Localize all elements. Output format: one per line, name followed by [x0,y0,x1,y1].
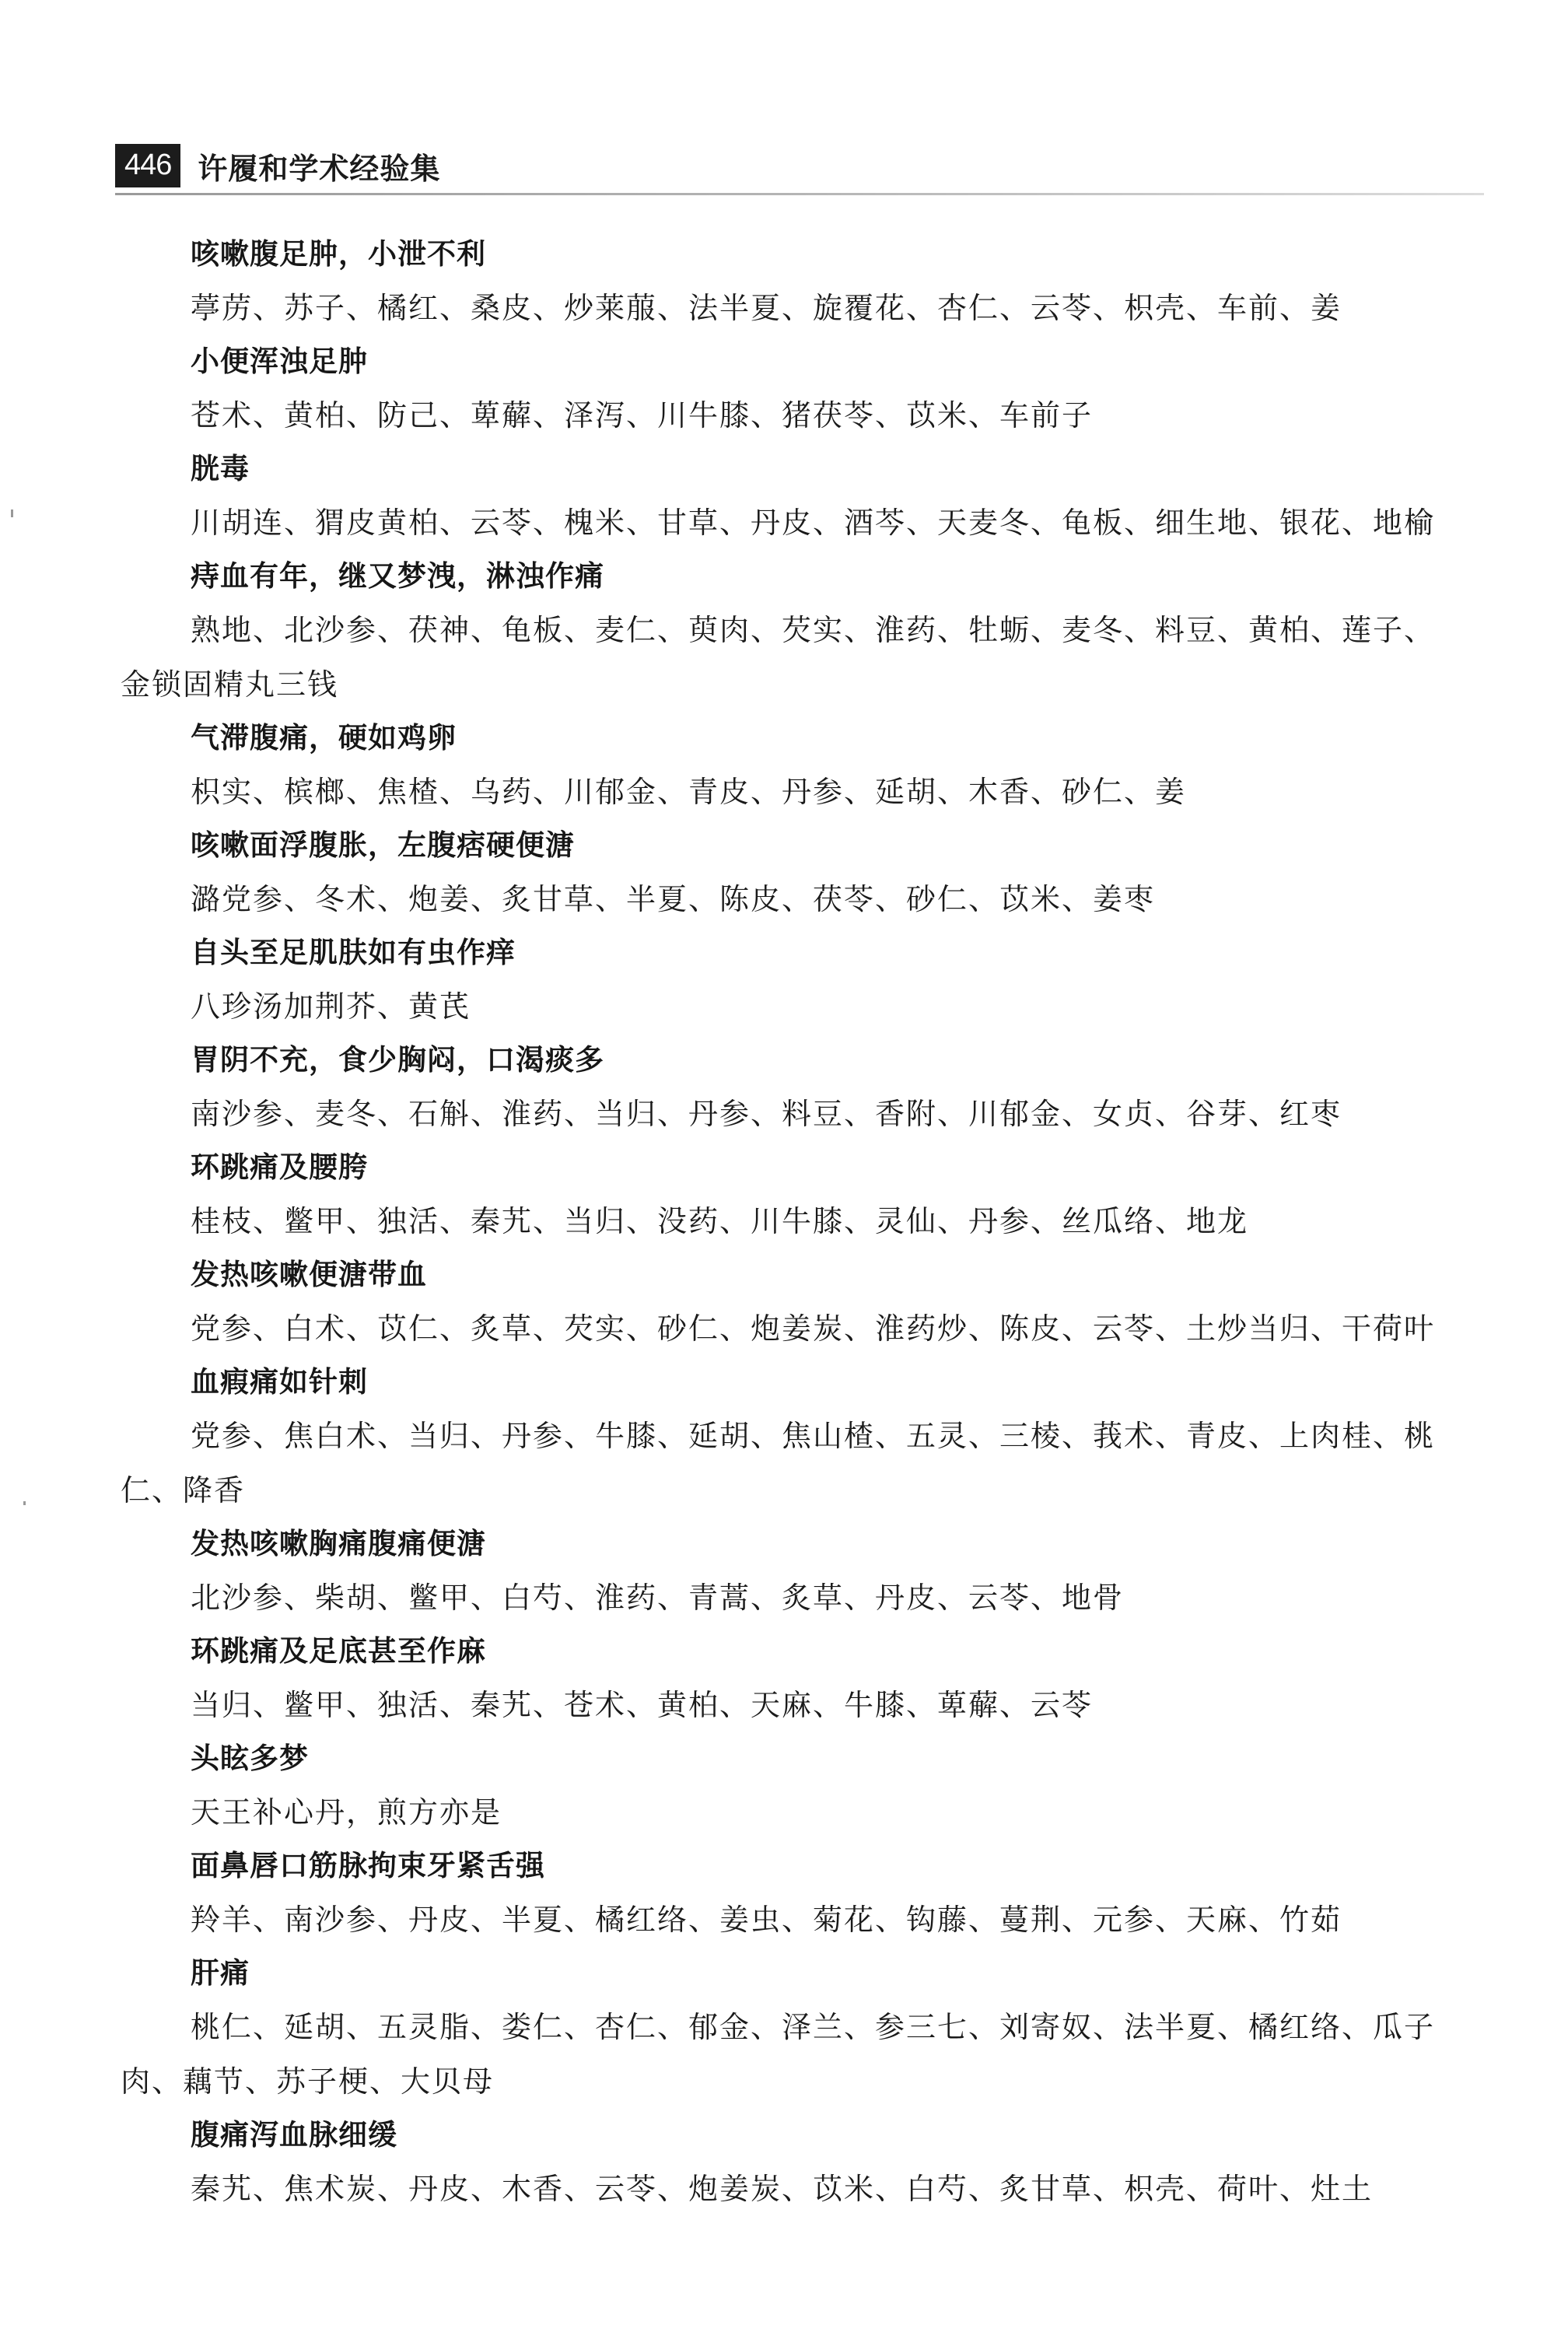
scan-speck [11,509,13,517]
prescription-entry: 胱毒 川胡连、猬皮黄柏、云苓、槐米、甘草、丹皮、酒芩、天麦冬、龟板、细生地、银花… [121,443,1458,550]
page-body: 咳嗽腹足肿，小泄不利 葶苈、苏子、橘红、桑皮、炒莱菔、法半夏、旋覆花、杏仁、云苓… [121,228,1458,2216]
prescription-entry: 小便浑浊足肿 苍术、黄柏、防己、萆薢、泽泻、川牛膝、猪茯苓、苡米、车前子 [121,335,1458,443]
symptom-heading: 头眩多梦 [121,1732,1458,1785]
formula-text: 桂枝、鳖甲、独活、秦艽、当归、没药、川牛膝、灵仙、丹参、丝瓜络、地龙 [121,1194,1458,1248]
prescription-entry: 咳嗽面浮腹胀，左腹痞硬便溏 潞党参、冬术、炮姜、炙甘草、半夏、陈皮、茯苓、砂仁、… [121,819,1458,926]
prescription-entry: 面鼻唇口筋脉拘束牙紧舌强 羚羊、南沙参、丹皮、半夏、橘红络、姜虫、菊花、钩藤、蔓… [121,1840,1458,1947]
formula-text: 潞党参、冬术、炮姜、炙甘草、半夏、陈皮、茯苓、砂仁、苡米、姜枣 [121,872,1458,926]
prescription-entry: 痔血有年，继又梦洩，淋浊作痛 熟地、北沙参、茯神、龟板、麦仁、萸肉、芡实、淮药、… [121,550,1458,712]
prescription-entry: 胃阴不充，食少胸闷，口渴痰多 南沙参、麦冬、石斛、淮药、当归、丹参、料豆、香附、… [121,1034,1458,1141]
prescription-entry: 环跳痛及腰胯 桂枝、鳖甲、独活、秦艽、当归、没药、川牛膝、灵仙、丹参、丝瓜络、地… [121,1141,1458,1248]
symptom-heading: 面鼻唇口筋脉拘束牙紧舌强 [121,1840,1458,1893]
formula-text: 八珍汤加荆芥、黄芪 [121,979,1458,1034]
formula-text: 北沙参、柴胡、鳖甲、白芍、淮药、青蒿、炙草、丹皮、云苓、地骨 [121,1570,1458,1625]
formula-text: 党参、焦白术、当归、丹参、牛膝、延胡、焦山楂、五灵、三棱、莪术、青皮、上肉桂、桃… [121,1409,1458,1518]
symptom-heading: 环跳痛及腰胯 [121,1141,1458,1194]
header-divider [115,193,1484,195]
formula-text: 南沙参、麦冬、石斛、淮药、当归、丹参、料豆、香附、川郁金、女贞、谷芽、红枣 [121,1087,1458,1141]
symptom-heading: 发热咳嗽胸痛腹痛便溏 [121,1518,1458,1570]
symptom-heading: 咳嗽腹足肿，小泄不利 [121,228,1458,281]
symptom-heading: 小便浑浊足肿 [121,335,1458,388]
symptom-heading: 腹痛泻血脉细缓 [121,2109,1458,2162]
symptom-heading: 胱毒 [121,443,1458,495]
symptom-heading: 血瘕痛如针刺 [121,1356,1458,1409]
formula-text: 苍术、黄柏、防己、萆薢、泽泻、川牛膝、猪茯苓、苡米、车前子 [121,388,1458,443]
prescription-entry: 头眩多梦 天王补心丹，煎方亦是 [121,1732,1458,1840]
formula-text: 川胡连、猬皮黄柏、云苓、槐米、甘草、丹皮、酒芩、天麦冬、龟板、细生地、银花、地榆 [121,495,1458,550]
prescription-entry: 腹痛泻血脉细缓 秦艽、焦术炭、丹皮、木香、云苓、炮姜炭、苡米、白芍、炙甘草、枳壳… [121,2109,1458,2216]
formula-text: 羚羊、南沙参、丹皮、半夏、橘红络、姜虫、菊花、钩藤、蔓荆、元参、天麻、竹茹 [121,1893,1458,1947]
page-number: 446 [115,144,180,187]
formula-text: 天王补心丹，煎方亦是 [121,1785,1458,1840]
prescription-entry: 自头至足肌肤如有虫作痒 八珍汤加荆芥、黄芪 [121,926,1458,1034]
symptom-heading: 胃阴不充，食少胸闷，口渴痰多 [121,1034,1458,1087]
symptom-heading: 咳嗽面浮腹胀，左腹痞硬便溏 [121,819,1458,872]
symptom-heading: 自头至足肌肤如有虫作痒 [121,926,1458,979]
formula-text: 熟地、北沙参、茯神、龟板、麦仁、萸肉、芡实、淮药、牡蛎、麦冬、料豆、黄柏、莲子、… [121,603,1458,712]
prescription-entry: 肝痛 桃仁、延胡、五灵脂、娄仁、杏仁、郁金、泽兰、参三七、刘寄奴、法半夏、橘红络… [121,1947,1458,2109]
symptom-heading: 发热咳嗽便溏带血 [121,1248,1458,1301]
formula-text: 当归、鳖甲、独活、秦艽、苍术、黄柏、天麻、牛膝、萆薢、云苓 [121,1678,1458,1732]
symptom-heading: 痔血有年，继又梦洩，淋浊作痛 [121,550,1458,603]
formula-text: 枳实、槟榔、焦楂、乌药、川郁金、青皮、丹参、延胡、木香、砂仁、姜 [121,765,1458,819]
book-title: 许履和学术经验集 [198,145,440,187]
formula-text: 党参、白术、苡仁、炙草、芡实、砂仁、炮姜炭、淮药炒、陈皮、云苓、土炒当归、干荷叶 [121,1301,1458,1356]
prescription-entry: 血瘕痛如针刺 党参、焦白术、当归、丹参、牛膝、延胡、焦山楂、五灵、三棱、莪术、青… [121,1356,1458,1518]
scan-speck [23,1501,26,1505]
formula-text: 葶苈、苏子、橘红、桑皮、炒莱菔、法半夏、旋覆花、杏仁、云苓、枳壳、车前、姜 [121,281,1458,335]
prescription-entry: 环跳痛及足底甚至作麻 当归、鳖甲、独活、秦艽、苍术、黄柏、天麻、牛膝、萆薢、云苓 [121,1625,1458,1732]
prescription-entry: 咳嗽腹足肿，小泄不利 葶苈、苏子、橘红、桑皮、炒莱菔、法半夏、旋覆花、杏仁、云苓… [121,228,1458,335]
formula-text: 秦艽、焦术炭、丹皮、木香、云苓、炮姜炭、苡米、白芍、炙甘草、枳壳、荷叶、灶土 [121,2162,1458,2216]
prescription-entry: 气滞腹痛，硬如鸡卵 枳实、槟榔、焦楂、乌药、川郁金、青皮、丹参、延胡、木香、砂仁… [121,712,1458,819]
formula-text: 桃仁、延胡、五灵脂、娄仁、杏仁、郁金、泽兰、参三七、刘寄奴、法半夏、橘红络、瓜子… [121,2000,1458,2109]
running-header: 446 许履和学术经验集 [115,142,440,189]
prescription-entry: 发热咳嗽胸痛腹痛便溏 北沙参、柴胡、鳖甲、白芍、淮药、青蒿、炙草、丹皮、云苓、地… [121,1518,1458,1625]
symptom-heading: 肝痛 [121,1947,1458,2000]
symptom-heading: 气滞腹痛，硬如鸡卵 [121,712,1458,765]
prescription-entry: 发热咳嗽便溏带血 党参、白术、苡仁、炙草、芡实、砂仁、炮姜炭、淮药炒、陈皮、云苓… [121,1248,1458,1356]
symptom-heading: 环跳痛及足底甚至作麻 [121,1625,1458,1678]
